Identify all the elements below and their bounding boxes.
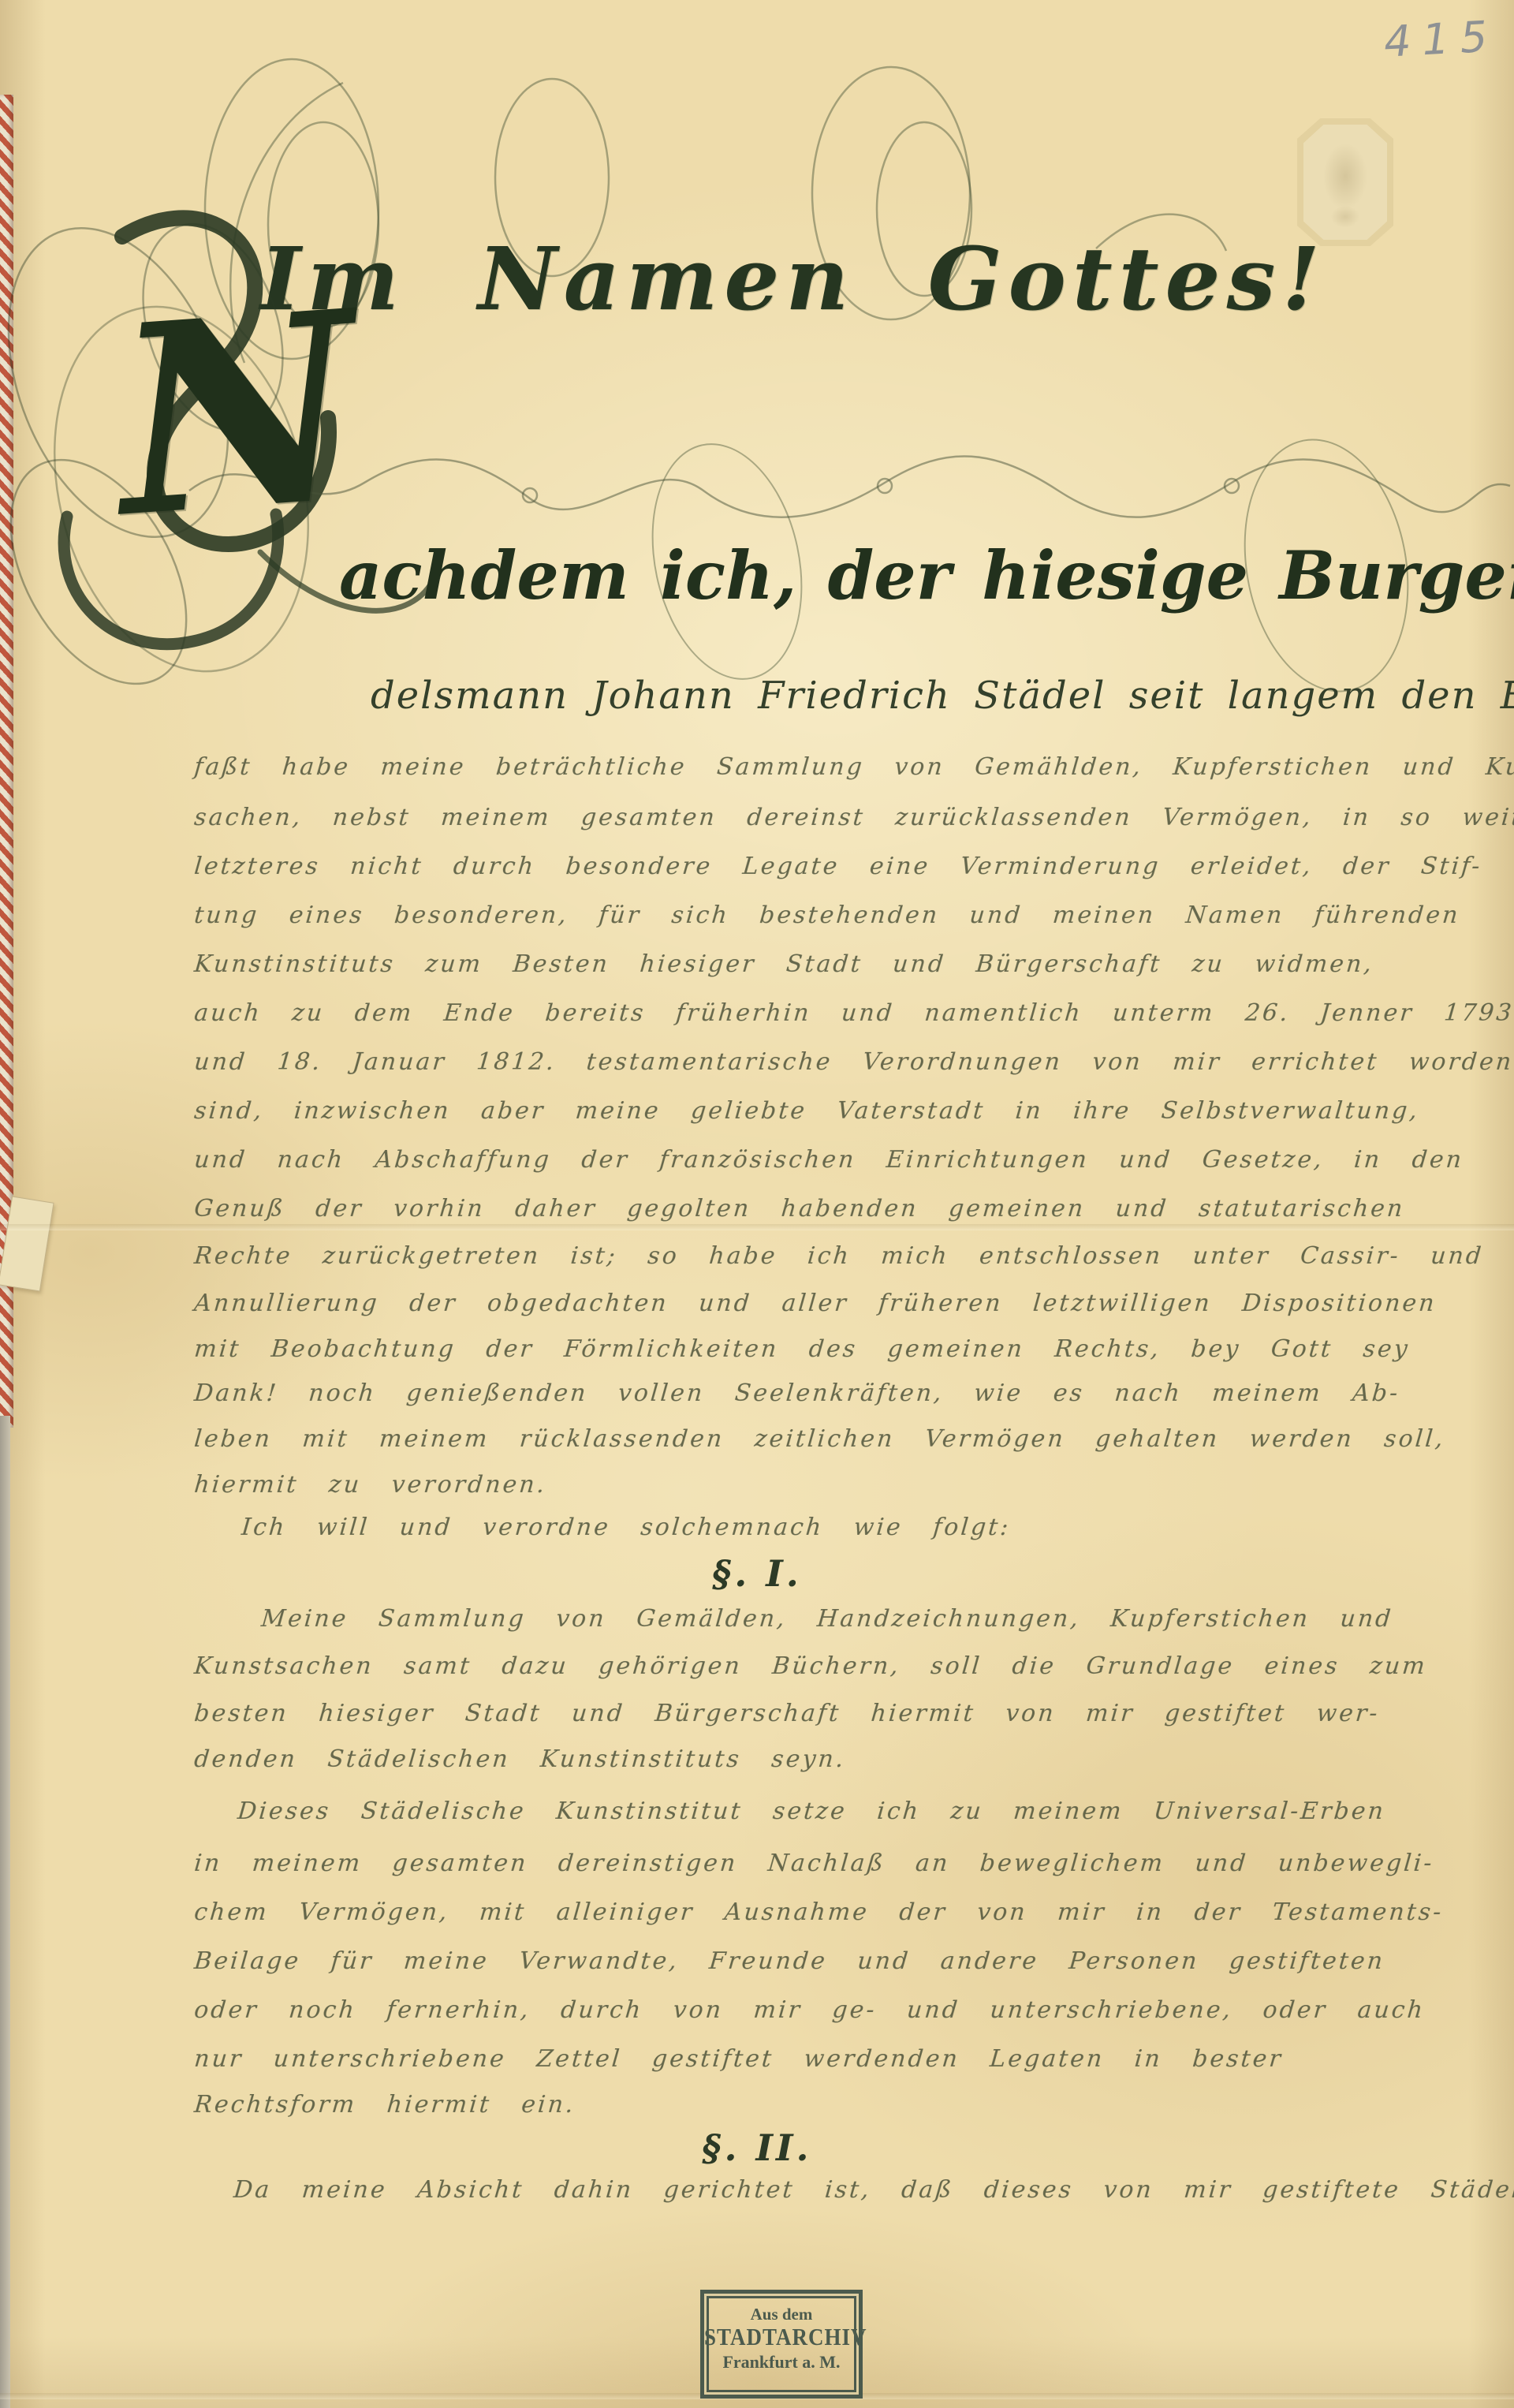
fold-crease [0, 1224, 1514, 1230]
manuscript-line: Kunstsachen samt dazu gehörigen Büchern,… [193, 1655, 1428, 1678]
headline-line-1: achdem ich, der hiesige Burger und Han- [339, 543, 1514, 609]
manuscript-line: Beilage für meine Verwandte, Freunde und… [193, 1950, 1385, 1973]
manuscript-line: Rechtsform hiermit ein. [193, 2093, 576, 2117]
manuscript-line: Genuß der vorhin daher gegolten habenden… [193, 1197, 1406, 1221]
archive-stamp: Aus dem STADTARCHIV Frankfurt a. M. [700, 2290, 863, 2399]
archive-stamp-line-1: Aus dem [704, 2305, 859, 2324]
manuscript-line: und nach Abschaffung der französischen E… [193, 1148, 1464, 1172]
manuscript-line: auch zu dem Ende bereits früherhin und n… [193, 1002, 1514, 1025]
manuscript-line: chem Vermögen, mit alleiniger Ausnahme d… [193, 1901, 1445, 1925]
manuscript-line: Da meine Absicht dahin gerichtet ist, da… [233, 2178, 1514, 2202]
manuscript-line: tung eines besonderen, für sich bestehen… [193, 904, 1461, 928]
manuscript-line: Kunstinstituts zum Besten hiesiger Stadt… [193, 953, 1374, 976]
headline-line-2: delsmann Johann Friedrich Städel seit la… [371, 677, 1514, 715]
manuscript-line: denden Städelischen Kunstinstituts seyn. [193, 1748, 847, 1771]
manuscript-line: nur unterschriebene Zettel gestiftet wer… [193, 2048, 1284, 2071]
section-heading-1: §. I. [0, 1555, 1514, 1592]
archive-stamp-line-3: Frankfurt a. M. [704, 2351, 859, 2374]
archive-stamp-line-2: STADTARCHIV [704, 2323, 859, 2354]
manuscript-line: und 18. Januar 1812. testamentarische Ve… [193, 1051, 1514, 1074]
manuscript-line: oder noch fernerhin, durch von mir ge- u… [193, 1999, 1426, 2022]
manuscript-line: leben mit meinem rücklassenden zeitliche… [193, 1428, 1446, 1451]
embossed-seal-icon [1297, 118, 1393, 246]
manuscript-line: Meine Sammlung von Gemälden, Handzeichnu… [260, 1607, 1394, 1631]
manuscript-line: hiermit zu verordnen. [193, 1473, 548, 1497]
manuscript-line: sind, inzwischen aber meine geliebte Vat… [193, 1099, 1420, 1123]
manuscript-line: Dieses Städelische Kunstinstitut setze i… [237, 1800, 1386, 1824]
section-heading-2: §. II. [0, 2130, 1514, 2166]
will-intro-line: Ich will und verordne solchemnach wie fo… [241, 1516, 1012, 1540]
manuscript-line: letzteres nicht durch besondere Legate e… [193, 855, 1483, 879]
manuscript-line: Rechte zurückgetreten ist; so habe ich m… [193, 1245, 1484, 1268]
manuscript-line: sachen, nebst meinem gesamten dereinst z… [193, 806, 1514, 830]
manuscript-line: in meinem gesamten dereinstigen Nachlaß … [193, 1852, 1435, 1876]
manuscript-page: 415 Im Namen Gottes! [0, 0, 1514, 2408]
ornamental-initial: N [110, 276, 365, 552]
manuscript-line: Annullierung der obgedachten und aller f… [193, 1292, 1438, 1316]
manuscript-line: Dank! noch genießenden vollen Seelenkräf… [193, 1382, 1400, 1406]
manuscript-line: mit Beobachtung der Förmlichkeiten des g… [193, 1338, 1411, 1361]
manuscript-line: faßt habe meine beträchtliche Sammlung v… [193, 756, 1514, 779]
page-number-annotation: 415 [1382, 11, 1499, 67]
manuscript-line: besten hiesiger Stadt und Bürgerschaft h… [193, 1702, 1381, 1726]
embossed-seal-center [1303, 125, 1387, 240]
